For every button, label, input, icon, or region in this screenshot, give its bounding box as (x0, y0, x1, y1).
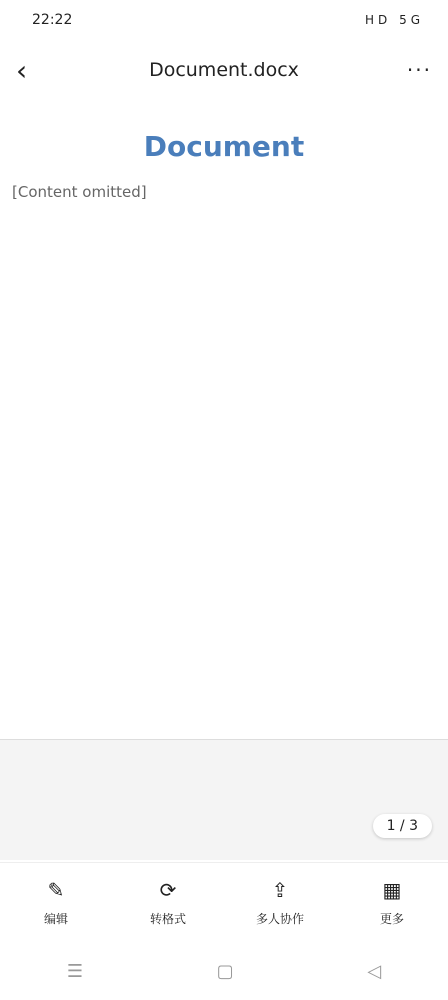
grid-icon: ▦ (383, 878, 402, 902)
system-nav-bar: ☰ ▢ ◁ (0, 942, 448, 1000)
document-title: Document.docx (56, 59, 392, 81)
more-button[interactable]: ▦更多 (336, 863, 448, 942)
convert-button[interactable]: ⟳转格式 (112, 863, 224, 942)
back-icon[interactable]: ‹ (16, 54, 56, 87)
bottom-toolbar: ✎编辑 ⟳转格式 ⇪多人协作 ▦更多 (0, 862, 448, 942)
status-indicators: HD 5G (365, 13, 424, 27)
home-icon[interactable]: ▢ (217, 961, 234, 982)
doc-heading: Document (12, 130, 436, 163)
page-counter: 1 / 3 (373, 814, 432, 838)
collaborate-button[interactable]: ⇪多人协作 (224, 863, 336, 942)
more-label: 更多 (380, 910, 404, 927)
document-page[interactable]: Document [Content omitted] (0, 100, 448, 740)
clock: 22:22 (32, 12, 72, 28)
back-nav-icon[interactable]: ◁ (367, 961, 381, 982)
share-icon: ⇪ (272, 878, 289, 902)
title-bar: ‹ Document.docx ··· (0, 40, 448, 100)
edit-label: 编辑 (44, 910, 68, 927)
collaborate-label: 多人协作 (256, 910, 304, 927)
doc-body: [Content omitted] (12, 179, 436, 205)
more-icon[interactable]: ··· (392, 58, 432, 82)
status-bar: 22:22 HD 5G (0, 0, 448, 40)
page-gap (0, 740, 448, 860)
edit-button[interactable]: ✎编辑 (0, 863, 112, 942)
menu-icon[interactable]: ☰ (67, 961, 83, 982)
convert-label: 转格式 (150, 910, 186, 927)
pencil-icon: ✎ (48, 878, 65, 902)
convert-icon: ⟳ (160, 878, 177, 902)
